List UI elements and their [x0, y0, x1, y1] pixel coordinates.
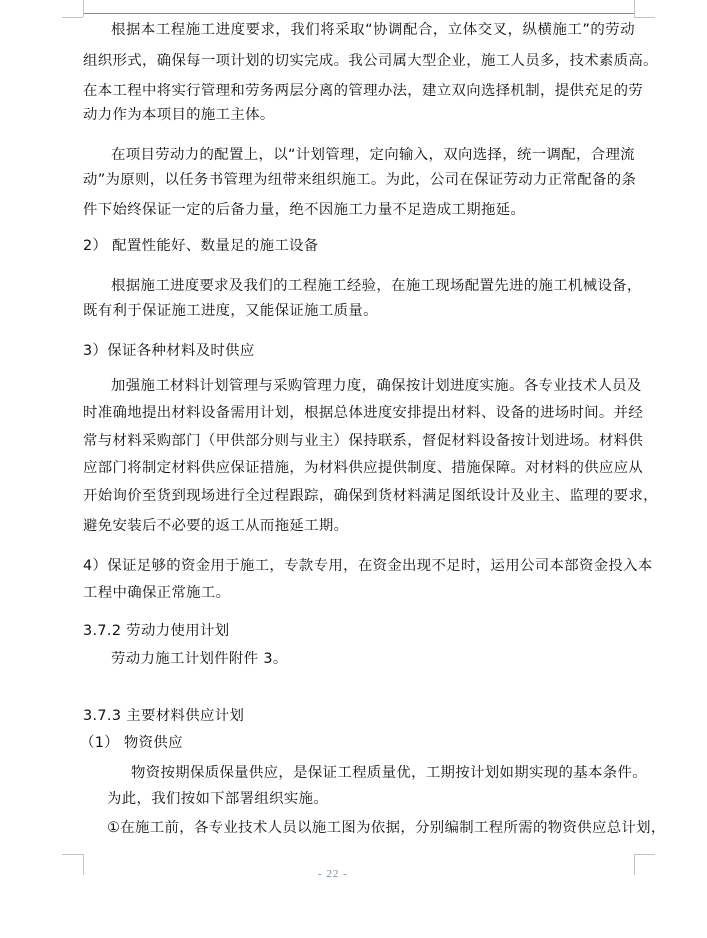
- text-line: 应部门将制定材料供应保证措施，为材料供应提供制度、措施保障。对材料的供应应从: [83, 459, 635, 477]
- text-line: 为此，我们按如下部署组织实施。: [107, 790, 635, 808]
- text-line: 既有利于保证施工进度，又能保证施工质量。: [83, 302, 635, 320]
- corner-mark-top-left-v: [83, 0, 84, 17]
- text-line: 根据施工进度要求及我们的工程施工经验，在施工现场配置先进的施工机械设备，: [111, 277, 635, 295]
- text-line: 3.7.3 主要材料供应计划: [83, 707, 635, 725]
- text-line: 避免安装后不必要的返工从而拖延工期。: [83, 517, 635, 535]
- text-line: 开始询价至货到现场进行全过程跟踪，确保到货材料满足图纸设计及业主、监理的要求，: [83, 487, 635, 505]
- text-line: 常与材料采购部门（甲供部分则与业主）保持联系，督促材料设备按计划进场。材料供: [83, 432, 635, 450]
- text-line: 根据本工程施工进度要求，我们将采取“协调配合，立体交叉，纵横施工”的劳动: [111, 21, 635, 39]
- text-line: 件下始终保证一定的后备力量，绝不因施工力量不足造成工期拖延。: [83, 201, 635, 219]
- corner-mark-top-right-v: [634, 0, 635, 17]
- header-rule: [83, 13, 635, 14]
- corner-mark-top-left-h: [62, 17, 83, 18]
- text-line: ①在施工前，各专业技术人员以施工图为依据，分别编制工程所需的物资供应总计划，: [107, 819, 635, 837]
- text-line: 物资按期保质保量供应，是保证工程质量优，工期按计划如期实现的基本条件。: [131, 764, 635, 782]
- text-line: 时准确地提出材料设备需用计划，根据总体进度安排提出材料、设备的进场时间。并经: [83, 404, 635, 422]
- text-line: 在本工程中将实行管理和劳务两层分离的管理办法，建立双向选择机制，提供充足的劳: [83, 82, 635, 100]
- text-line: 劳动力施工计划件附件 3。: [111, 650, 635, 668]
- page-number: - 22 -: [318, 868, 348, 880]
- text-line: 4）保证足够的资金用于施工，专款专用，在资金出现不足时，运用公司本部资金投入本: [83, 557, 635, 575]
- text-line: 组织形式，确保每一项计划的切实完成。我公司属大型企业，施工人员多，技术素质高。: [83, 52, 635, 70]
- corner-mark-bottom-left-v: [83, 854, 84, 875]
- text-line: 加强施工材料计划管理与采购管理力度，确保按计划进度实施。各专业技术人员及: [111, 377, 635, 395]
- text-line: 工程中确保正常施工。: [83, 584, 635, 602]
- text-line: 3）保证各种材料及时供应: [83, 342, 635, 360]
- text-line: 在项目劳动力的配置上，以“计划管理，定向输入，双向选择，统一调配，合理流: [111, 146, 635, 164]
- corner-mark-bottom-right-v: [634, 854, 635, 875]
- text-line: 2） 配置性能好、数量足的施工设备: [83, 237, 635, 255]
- text-line: 3.7.2 劳动力使用计划: [83, 622, 635, 640]
- text-line: （1） 物资供应: [80, 734, 635, 752]
- corner-mark-bottom-left-h: [62, 854, 83, 855]
- text-line: 动力作为本项目的施工主体。: [83, 106, 635, 124]
- corner-mark-bottom-right-h: [634, 854, 655, 855]
- corner-mark-top-right-h: [634, 17, 655, 18]
- text-line: 动”为原则，以任务书管理为纽带来组织施工。为此，公司在保证劳动力正常配备的条: [83, 171, 635, 189]
